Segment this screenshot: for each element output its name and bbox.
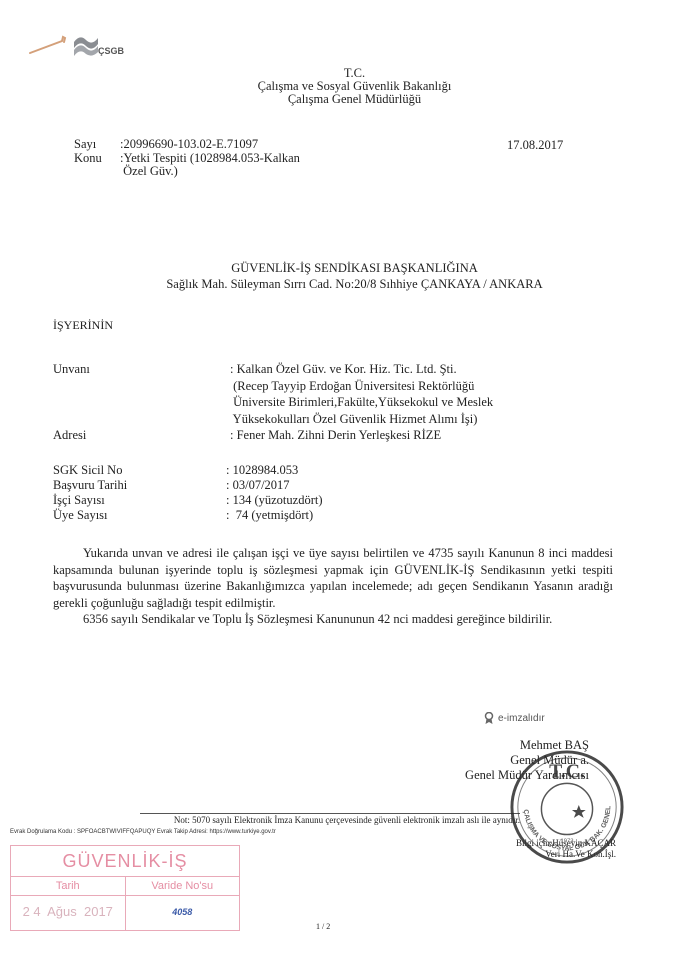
star-icon [572, 805, 586, 818]
info-row: İşçi Sayısı : 134 (yüzotuzdört) [53, 493, 323, 508]
ribbon-award-icon [484, 712, 494, 725]
e-signature-label: e-imzalıdır [498, 713, 545, 724]
info-label: İşçi Sayısı [53, 493, 226, 508]
sayi-value: :20996690-103.02-E.71097 [120, 138, 340, 152]
addressee-name: GÜVENLİK-İŞ SENDİKASI BAŞKANLIĞINA [0, 260, 679, 276]
csgb-logo-icon [72, 34, 100, 58]
addressee-address: Sağlık Mah. Süleyman Sırrı Cad. No:20/8 … [0, 276, 679, 292]
document-meta: Sayı :20996690-103.02-E.71097 Konu :Yetk… [74, 138, 340, 179]
crescent-icon [551, 791, 569, 826]
unvan-line: (Recep Tayyip Erdoğan Üniversitesi Rektö… [230, 378, 570, 395]
info-value: : 134 (yüzotuzdört) [226, 493, 323, 508]
info-row: SGK Sicil No : 1028984.053 [53, 463, 323, 478]
stamp-date-value: 2 4 Ağus 2017 [11, 896, 125, 928]
body-text: Yukarıda unvan ve adresi ile çalışan işç… [53, 545, 613, 628]
info-label: SGK Sicil No [53, 463, 226, 478]
official-seal: T.C. 1973 ÇALIŞMA VE SOSYAL GÜV. BAK. GE… [508, 748, 626, 866]
konu-value: :Yetki Tespiti (1028984.053-Kalkan Özel … [120, 152, 340, 179]
adres-label: Adresi [53, 427, 223, 444]
unvan-label: Unvanı [53, 361, 223, 378]
adres-value: : Fener Mah. Zihni Derin Yerleşkesi RİZE [230, 427, 570, 444]
unvan-value: : Kalkan Özel Güv. ve Kor. Hiz. Tic. Ltd… [230, 361, 570, 427]
info-label: Üye Sayısı [53, 508, 226, 523]
stamp-title: GÜVENLİK-İŞ [11, 846, 239, 877]
document-header: T.C. Çalışma ve Sosyal Güvenlik Bakanlığ… [0, 67, 679, 106]
body-paragraph-1: Yukarıda unvan ve adresi ile çalışan işç… [53, 545, 613, 611]
sayi-label: Sayı [74, 138, 120, 152]
stamp-date-header: Tarih [11, 877, 125, 896]
konu-value-line-2: Özel Güv.) [120, 164, 178, 178]
adres-field: Adresi : Fener Mah. Zihni Derin Yerleşke… [53, 427, 613, 445]
logo-text: ÇSGB [98, 46, 124, 56]
svg-text:1973: 1973 [560, 838, 574, 844]
info-row: Başvuru Tarihi : 03/07/2017 [53, 478, 323, 493]
info-value: : 1028984.053 [226, 463, 298, 478]
ministry-logo: ÇSGB [28, 34, 148, 64]
konu-value-line-1: :Yetki Tespiti (1028984.053-Kalkan [120, 151, 300, 165]
info-row: Üye Sayısı : 74 (yetmişdört) [53, 508, 323, 523]
unvan-field: Unvanı : Kalkan Özel Güv. ve Kor. Hiz. T… [53, 361, 613, 431]
e-signature-badge: e-imzalıdır [484, 712, 545, 725]
section-title-workplace: İŞYERİNİN [53, 318, 113, 333]
info-label: Başvuru Tarihi [53, 478, 226, 493]
info-value: : 03/07/2017 [226, 478, 290, 493]
footer-note: Not: 5070 sayılı Elektronik İmza Kanunu … [140, 813, 520, 825]
body-paragraph-2: 6356 sayılı Sendikalar ve Toplu İş Sözle… [53, 611, 613, 628]
unvan-line: : Kalkan Özel Güv. ve Kor. Hiz. Tic. Ltd… [230, 361, 570, 378]
document-date: 17.08.2017 [507, 138, 563, 153]
stamp-number-header: Varide No'su [126, 877, 240, 896]
paperclip-icon [28, 34, 68, 56]
unvan-line: Yüksekokulları Özel Güvenlik Hizmet Alım… [230, 411, 570, 428]
svg-text:T.C.: T.C. [549, 761, 585, 783]
page-number: 1 / 2 [316, 922, 330, 931]
stamp-number-value: 4058 [126, 896, 240, 928]
unvan-line: Üniversite Birimleri,Fakülte,Yüksekokul … [230, 394, 570, 411]
received-stamp: GÜVENLİK-İŞ Tarih 2 4 Ağus 2017 Varide N… [10, 845, 240, 931]
konu-label: Konu [74, 152, 120, 179]
workplace-info: SGK Sicil No : 1028984.053 Başvuru Tarih… [53, 463, 323, 523]
info-value: : 74 (yetmişdört) [226, 508, 313, 523]
header-line-3: Çalışma Genel Müdürlüğü [0, 93, 679, 106]
verification-code: Evrak Doğrulama Kodu : SPFOACBTWIVIFFQAP… [10, 829, 276, 835]
addressee: GÜVENLİK-İŞ SENDİKASI BAŞKANLIĞINA Sağlı… [0, 260, 679, 292]
